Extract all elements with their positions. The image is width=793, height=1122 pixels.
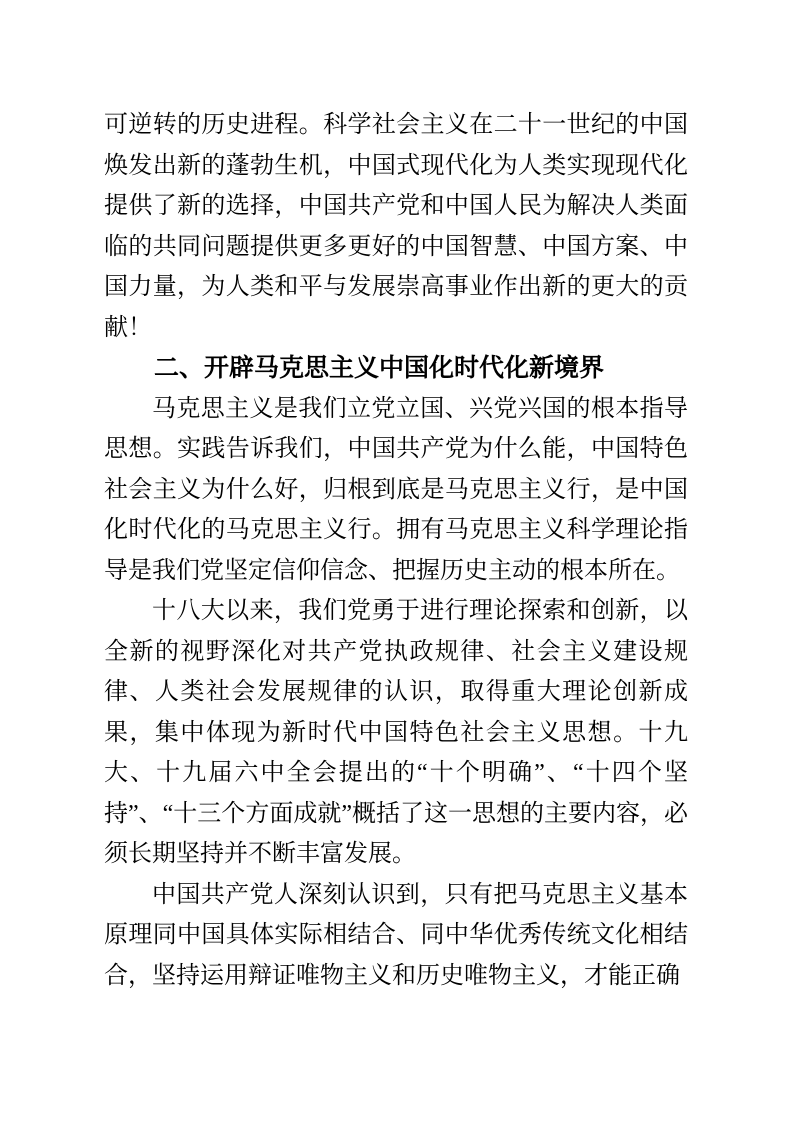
section-heading: 二、开辟马克思主义中国化时代化新境界 (104, 348, 688, 389)
paragraph-marxism-guiding-ideology: 马克思主义是我们立党立国、兴党兴国的根本指导思想。实践告诉我们，中国共产党为什么… (104, 389, 688, 592)
paragraph-basic-principles-cut-off: 中国共产党人深刻认识到，只有把马克思主义基本原理同中国具体实际相结合、同中华优秀… (104, 875, 688, 997)
paragraph-continuation: 可逆转的历史进程。科学社会主义在二十一世纪的中国焕发出新的蓬勃生机，中国式现代化… (104, 105, 688, 348)
document-page: 可逆转的历史进程。科学社会主义在二十一世纪的中国焕发出新的蓬勃生机，中国式现代化… (0, 0, 793, 1122)
paragraph-theoretical-innovation: 十八大以来，我们党勇于进行理论探索和创新，以全新的视野深化对共产党执政规律、社会… (104, 591, 688, 875)
